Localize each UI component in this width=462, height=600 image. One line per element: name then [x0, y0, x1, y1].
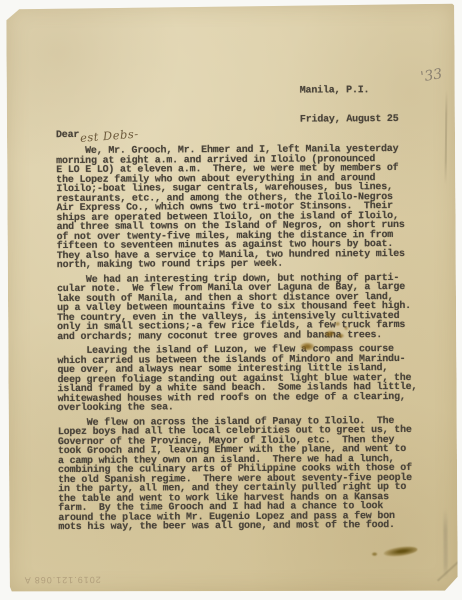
letter-dateline: Manila, P.I. Friday, August 25	[300, 67, 399, 144]
paragraph-1: We, Mr. Grooch, Mr. Ehmer and I, left Ma…	[56, 145, 437, 271]
ink-stain	[300, 342, 314, 350]
paper-crease	[444, 90, 447, 185]
letter-body: We, Mr. Grooch, Mr. Ehmer and I, left Ma…	[56, 145, 438, 538]
ink-stain	[372, 552, 378, 556]
edge-smudge	[443, 509, 447, 579]
handwritten-year-annotation: '33	[419, 66, 443, 85]
salutation-line: Dear est Debs-	[56, 131, 139, 144]
accession-number: 2019.121.068 A	[24, 575, 101, 585]
paragraph-2: We had an interesting trip down, but not…	[57, 273, 437, 342]
corner-fold-crease	[437, 560, 461, 582]
ink-stain	[383, 545, 418, 558]
paragraph-4: We flew on across the island of Panay to…	[58, 416, 439, 532]
ink-stain	[335, 321, 340, 326]
paragraph-3: Leaving the island of Luzon, we flew a c…	[57, 345, 437, 414]
scan-background: { "document": { "header": { "location_li…	[0, 0, 462, 600]
salutation-handwritten: est Debs-	[80, 127, 140, 145]
ink-stain	[344, 326, 348, 330]
salutation-typed: Dear	[56, 131, 79, 141]
location-line: Manila, P.I.	[300, 86, 399, 96]
date-line: Friday, August 25	[300, 114, 399, 124]
letter-page: Manila, P.I. Friday, August 25 '33 Dear …	[6, 4, 458, 594]
ink-stain	[337, 333, 344, 338]
